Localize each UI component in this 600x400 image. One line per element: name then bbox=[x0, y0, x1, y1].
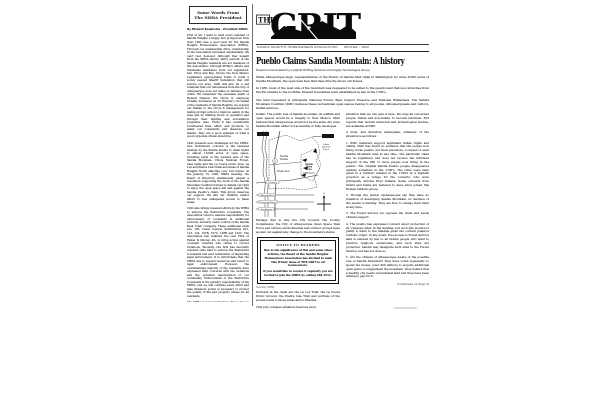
rio-grande-line bbox=[265, 131, 268, 217]
president-box: Some Words From The SHHA President bbox=[189, 6, 247, 24]
president-paragraph-3: 1992 also brings renewed efforts by the … bbox=[187, 207, 249, 298]
boundary-spur-line bbox=[312, 136, 322, 137]
president-paragraph-4: The SHHA is your organization. Please gi… bbox=[187, 301, 249, 302]
right-column: attention that we can give it here. We u… bbox=[346, 113, 429, 309]
claim-item-2: 2. Though the pueblo spokespeople say th… bbox=[346, 194, 429, 209]
claim-area-label-3: Area bbox=[306, 168, 312, 171]
interstate-road-line bbox=[274, 131, 280, 217]
notice-body: Due to the significance of this and some… bbox=[263, 249, 333, 268]
claim-item-4: 4. The pueblo has expressed concern abou… bbox=[346, 223, 429, 254]
claim-acres-label: 9,500 acres bbox=[303, 173, 316, 175]
article-intro: While Albuquerque slept, representatives… bbox=[256, 75, 429, 110]
claim-item-1: 1. SMC members support legitimate Indian… bbox=[346, 142, 429, 192]
issue-date: WINTER - 1992 bbox=[344, 45, 369, 49]
notice-phone-line: If you would like to receive it regularl… bbox=[263, 270, 333, 277]
notice-title: NOTICE TO READERS bbox=[263, 243, 333, 247]
article-headline: Pueblo Claims Sandia Mountain: A history bbox=[256, 55, 429, 67]
org-name: SANDIA HEIGHTS HOMEOWNERS ASSOCIATION bbox=[257, 45, 338, 49]
placitas-label: Placitas bbox=[324, 135, 331, 138]
tramway-label: Tramway bbox=[268, 181, 277, 184]
claim-item-5: 5. Are the citizens of Albuquerque aware… bbox=[346, 256, 429, 279]
private-land-label: Private land bbox=[277, 170, 290, 173]
scan-smudge bbox=[394, 307, 417, 309]
intro-paragraph-1: While Albuquerque slept, representatives… bbox=[256, 75, 429, 83]
masthead-rule-top bbox=[256, 44, 429, 45]
map-caption: Perhaps that is why the City Council, th… bbox=[256, 219, 340, 234]
masthead-info-row: SANDIA HEIGHTS HOMEOWNERS ASSOCIATION WI… bbox=[256, 45, 429, 50]
intro-paragraph-2: In 1983, most of the west side of the mo… bbox=[256, 86, 429, 94]
bernalillo-label: Bernalillo bbox=[259, 134, 268, 136]
president-byline: By Richard Kandrotas - President SHHA bbox=[187, 27, 249, 31]
newsletter-page: Some Words From The SHHA President By Ri… bbox=[185, 4, 429, 312]
map-credit: Courtesy SHHA bbox=[256, 286, 340, 289]
cibola-forest-label-3: Forest bbox=[323, 148, 330, 151]
sandia-pueblo-label-2: Pueblo bbox=[280, 157, 289, 161]
claim-arrow-icon bbox=[302, 159, 307, 163]
rio-grande-line bbox=[262, 131, 265, 217]
continued-note: (Continued on Page 3) bbox=[346, 282, 429, 286]
grit-logo: THE GRIT bbox=[256, 8, 429, 42]
compass-icon bbox=[317, 197, 331, 211]
main-section: THE GRIT SANDIA HEIGHTS HOMEOWNERS ASSOC… bbox=[256, 8, 429, 309]
notice-box-inner: NOTICE TO READERS Due to the significanc… bbox=[260, 240, 337, 282]
claim-item-3: 3. The Forest Service too opposes the cl… bbox=[346, 212, 429, 220]
masthead-rule-bottom bbox=[256, 51, 429, 52]
alameda-label: Alameda Blvd bbox=[261, 194, 275, 197]
summary-intro: A brief, and therefore inadequate, summa… bbox=[346, 131, 429, 139]
article-byline: Prepared and donated by Lynfield Writing… bbox=[256, 68, 429, 72]
claim-area-map: Bernalillo Placitas 25 Sandia Pueblo Cib… bbox=[256, 131, 340, 217]
included-paragraph: Included in the claim are the La Luz Tra… bbox=[256, 291, 340, 303]
middle-column: Indian. The public loss of Sandia mounta… bbox=[256, 113, 340, 309]
compass-north-arrow bbox=[323, 195, 325, 198]
mid-last-line: This very complex situation deserves mor… bbox=[256, 306, 340, 310]
column-divider bbox=[252, 4, 253, 306]
notice-box: NOTICE TO READERS Due to the significanc… bbox=[257, 237, 339, 284]
mid-overflow-paragraph: Indian. The public loss of Sandia mounta… bbox=[256, 113, 340, 128]
president-column: Some Words From The SHHA President By Ri… bbox=[187, 6, 249, 302]
president-paragraph-2: 1992 presents new challenges for the SHH… bbox=[187, 142, 249, 205]
article-two-columns: Indian. The public loss of Sandia mounta… bbox=[256, 113, 429, 309]
san-antonio-label: San Antonio bbox=[261, 208, 273, 211]
president-box-title-line2: The SHHA President bbox=[192, 15, 245, 21]
compass-north-label: N bbox=[323, 193, 325, 195]
intro-paragraph-3: The land requested is principally Nation… bbox=[256, 98, 429, 111]
cibola-forest-label-2: National bbox=[322, 146, 331, 149]
paseo-label: Paseo del Norte bbox=[261, 201, 277, 204]
continuation-paragraph: attention that we can give it here. We u… bbox=[346, 113, 429, 128]
president-paragraph-1: First of all, I want to wish every resid… bbox=[187, 34, 249, 139]
